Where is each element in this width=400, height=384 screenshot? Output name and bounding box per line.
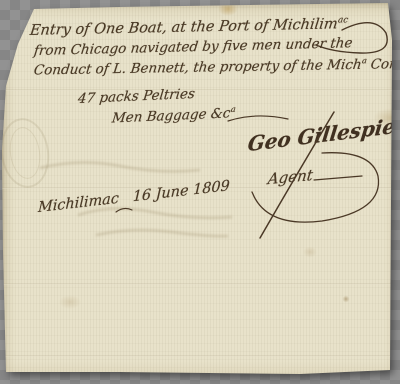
signature-title-text: Agent (267, 166, 314, 188)
cargo-line-baggage: Men Baggage &ca (111, 104, 236, 127)
paper-shadow: Entry of One Boat, at the Port of Michil… (0, 0, 400, 384)
dateline-place: Michilimac (38, 191, 120, 216)
dateline-date: 16 June 1809 (132, 178, 230, 205)
dateline: Michilimac16 June 1809 (38, 178, 230, 216)
fold-crease (2, 283, 392, 285)
signature-title: Agent (267, 166, 314, 188)
line3-tail: Compy (365, 56, 400, 73)
embossed-stamp (0, 115, 54, 191)
signature-text: Geo Gillespie (246, 114, 396, 157)
cargo2-text: Men Baggage &c (111, 105, 231, 126)
fold-crease (2, 89, 392, 91)
line1-text: Entry of One Boat, at the Port of Michil… (29, 16, 339, 38)
manuscript-paper: Entry of One Boat, at the Port of Michil… (0, 0, 400, 384)
dateline-squiggle (119, 201, 133, 203)
fold-crease (2, 355, 392, 357)
photo-background: Entry of One Boat, at the Port of Michil… (0, 0, 400, 384)
manuscript-line-1: Entry of One Boat, at the Port of Michil… (29, 15, 349, 39)
line1-superscript: ac (337, 15, 348, 25)
signature: Geo Gillespie (246, 114, 396, 157)
line3-text: Conduct of L. Bennett, the property of t… (33, 57, 363, 79)
cargo2-superscript: a (230, 104, 236, 114)
manuscript-line-3: Conduct of L. Bennett, the property of t… (33, 54, 400, 78)
